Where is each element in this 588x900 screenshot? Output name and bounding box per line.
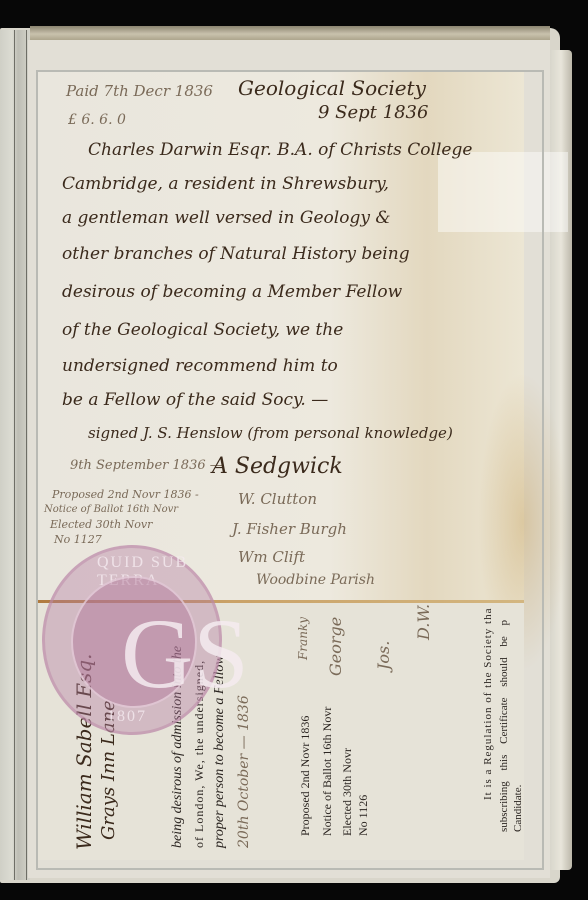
left-page-stack xyxy=(0,30,30,880)
plastic-sleeve-border xyxy=(36,70,544,870)
